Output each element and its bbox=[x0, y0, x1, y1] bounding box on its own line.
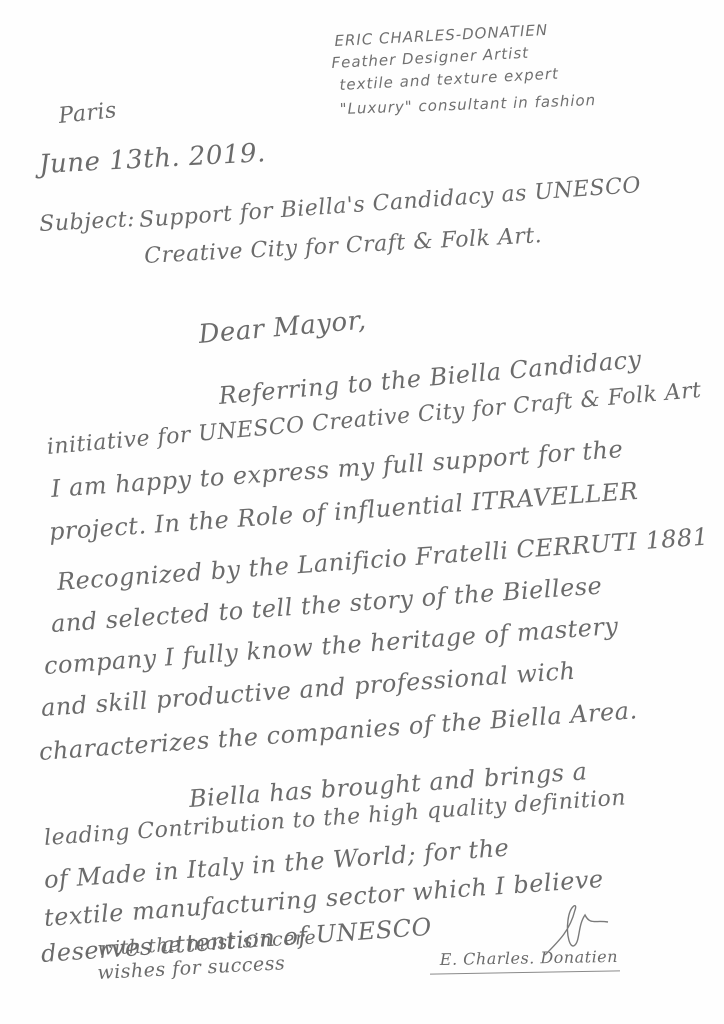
letter-place: Paris bbox=[57, 98, 118, 129]
signature-underline bbox=[430, 970, 620, 974]
subject-line-2: Creative City for Craft & Folk Art. bbox=[144, 223, 543, 269]
subject-line-1: Support for Biella's Candidacy as UNESCO bbox=[138, 173, 642, 233]
letterhead-line-3: "Luxury" consultant in fashion bbox=[339, 91, 596, 118]
salutation: Dear Mayor, bbox=[197, 305, 367, 350]
letter-date: June 13th. 2019. bbox=[38, 138, 266, 180]
signature-printed-name: E. Charles. Donatien bbox=[440, 947, 618, 969]
subject-label: Subject: bbox=[39, 207, 136, 237]
handwritten-letter-page: ERIC CHARLES-DONATIEN Feather Designer A… bbox=[0, 0, 724, 1024]
